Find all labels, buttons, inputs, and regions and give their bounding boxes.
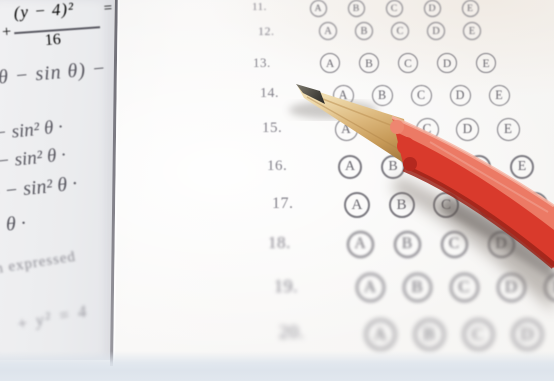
answer-bubble-letter: D: [432, 26, 440, 37]
answer-bubble: A: [320, 53, 340, 73]
answer-bubble: E: [522, 192, 548, 218]
math-line-sin2-a: − sin² θ ·: [0, 116, 64, 145]
answer-bubble-letter: A: [364, 277, 376, 297]
answer-bubble: D: [497, 273, 526, 302]
answer-bubble: B: [403, 273, 432, 302]
answer-bubble-letter: C: [397, 26, 404, 37]
math-fraction-denominator: 16: [44, 31, 61, 50]
answer-bubble: A: [356, 273, 385, 302]
answer-bubble: B: [372, 85, 393, 106]
answer-bubble-letter: B: [382, 121, 391, 137]
answer-bubble: A: [310, 0, 327, 17]
answer-bubble-letter: E: [467, 3, 473, 14]
answer-bubble: E: [535, 231, 554, 258]
answer-bubble: B: [375, 118, 398, 141]
answer-bubble: E: [489, 85, 510, 106]
math-line-sin2-c: ) − sin² θ ·: [0, 173, 78, 205]
question-number: 11.: [252, 1, 267, 13]
answer-bubble-letter: A: [341, 121, 351, 137]
answer-bubble-letter: D: [521, 324, 534, 345]
answer-bubble-letter: A: [339, 88, 348, 103]
formula-sheet: + (y − 4)² 16 = θ − sin θ) − − sin² θ · …: [0, 0, 114, 360]
answer-bubble-letter: E: [495, 88, 502, 103]
answer-bubble: C: [386, 0, 403, 17]
math-fraction-suffix: =: [103, 0, 113, 18]
answer-bubble: E: [497, 118, 520, 141]
answer-bubble: C: [441, 231, 468, 258]
answer-bubble: A: [344, 192, 370, 218]
answer-bubble-letter: B: [411, 277, 422, 297]
answer-bubble: D: [512, 319, 543, 350]
answer-bubble: E: [476, 53, 496, 73]
question-number: 16.: [267, 158, 287, 175]
answer-bubble: B: [348, 0, 365, 17]
answer-bubble-letter: A: [324, 26, 332, 37]
answer-bubble-letter: E: [469, 26, 475, 37]
answer-bubble: C: [391, 22, 409, 40]
math-fraction-numerator: (y − 4)²: [13, 0, 75, 23]
question-number: 19.: [274, 276, 298, 297]
answer-bubble: C: [424, 155, 448, 179]
answer-bubble: C: [463, 319, 494, 350]
answer-bubble-letter: D: [474, 159, 484, 175]
answer-bubble-letter: C: [417, 88, 425, 103]
answer-bubble: C: [416, 118, 439, 141]
answer-bubble-letter: D: [456, 88, 465, 103]
answer-bubble: A: [333, 85, 354, 106]
answer-bubble: A: [347, 231, 374, 258]
answer-bubble-letter: C: [472, 324, 484, 345]
answer-bubble: B: [359, 53, 379, 73]
answer-bubble-letter: B: [402, 235, 412, 253]
table-edge-band: [0, 351, 554, 381]
answer-bubble: D: [478, 192, 504, 218]
math-fraction: + (y − 4)² 16 =: [0, 0, 114, 58]
answer-bubble-letter: E: [543, 235, 553, 253]
answer-bubble-letter: B: [388, 159, 397, 175]
answer-bubble-letter: C: [458, 277, 469, 297]
answer-bubble: D: [450, 85, 471, 106]
answer-bubble-letter: C: [449, 235, 459, 253]
answer-bubble: E: [462, 0, 479, 17]
answer-bubble-letter: C: [391, 3, 398, 14]
question-number: 20.: [279, 322, 304, 344]
answer-bubble-letter: B: [423, 324, 435, 345]
answer-bubble-letter: C: [441, 197, 451, 214]
answer-bubble-letter: A: [314, 3, 321, 14]
math-line-y-squared: + y² = 4: [15, 301, 90, 335]
answer-bubble: B: [414, 319, 445, 350]
answer-bubble-letter: E: [530, 197, 539, 214]
answer-bubble-letter: C: [423, 121, 432, 137]
math-line-theta: θ ·: [5, 212, 26, 236]
answer-bubble: A: [335, 118, 358, 141]
answer-bubble-letter: D: [428, 3, 435, 14]
answer-bubble-letter: E: [504, 121, 512, 137]
question-number: 13.: [253, 55, 271, 71]
answer-bubble: B: [381, 155, 405, 179]
answer-bubble-letter: A: [374, 324, 387, 345]
answer-bubble-letter: E: [482, 57, 489, 70]
answer-bubble: B: [389, 192, 415, 218]
question-number: 12.: [258, 24, 275, 39]
photo-stage: 11.ABCDE12.ABCDE13.ABCDE14.ABCDE15.ABCDE…: [0, 0, 554, 381]
answer-bubble: D: [424, 0, 441, 17]
answer-bubble: B: [394, 231, 421, 258]
answer-bubble: E: [544, 273, 554, 302]
answer-bubble: E: [510, 155, 534, 179]
answer-bubble-letter: C: [431, 159, 440, 175]
answer-bubble: D: [437, 53, 457, 73]
answer-bubble: E: [463, 22, 481, 40]
question-number: 17.: [272, 195, 294, 213]
answer-bubble-letter: D: [463, 121, 473, 137]
answer-bubble: A: [319, 22, 337, 40]
math-fraction-prefix: +: [2, 23, 12, 42]
answer-bubble: C: [450, 273, 479, 302]
question-number: 18.: [268, 233, 291, 253]
answer-bubble-letter: C: [404, 57, 412, 70]
answer-bubble-letter: B: [378, 88, 386, 103]
question-number: 15.: [262, 120, 282, 137]
answer-bubble: D: [467, 155, 491, 179]
answer-bubble: C: [433, 192, 459, 218]
answer-bubble-letter: B: [361, 26, 368, 37]
math-line-theta-sin: θ − sin θ) −: [0, 57, 107, 89]
answer-bubble: B: [355, 22, 373, 40]
answer-bubble-letter: D: [443, 57, 451, 70]
answer-bubble-letter: B: [353, 3, 360, 14]
answer-bubble-letter: B: [365, 57, 373, 70]
answer-bubble: C: [398, 53, 418, 73]
answer-bubble: A: [338, 155, 362, 179]
answer-bubble-letter: A: [326, 57, 334, 70]
answer-bubble: D: [427, 22, 445, 40]
answer-bubble-letter: A: [352, 197, 363, 214]
answer-bubble: A: [365, 319, 396, 350]
answer-bubble-letter: A: [354, 235, 365, 253]
question-number: 14.: [260, 86, 279, 102]
answer-bubble-letter: E: [518, 159, 527, 175]
answer-bubble-letter: A: [345, 159, 355, 175]
answer-bubble-letter: D: [495, 235, 506, 253]
math-line-sin2-b: − sin² θ ·: [0, 144, 67, 173]
answer-bubble-letter: D: [505, 277, 517, 297]
answer-bubble-letter: D: [485, 197, 496, 214]
answer-bubble: C: [411, 85, 432, 106]
math-line-expressed: n expressed: [0, 249, 77, 279]
answer-bubble: D: [456, 118, 479, 141]
answer-bubble: D: [488, 231, 515, 258]
answer-bubble-letter: B: [396, 197, 406, 214]
